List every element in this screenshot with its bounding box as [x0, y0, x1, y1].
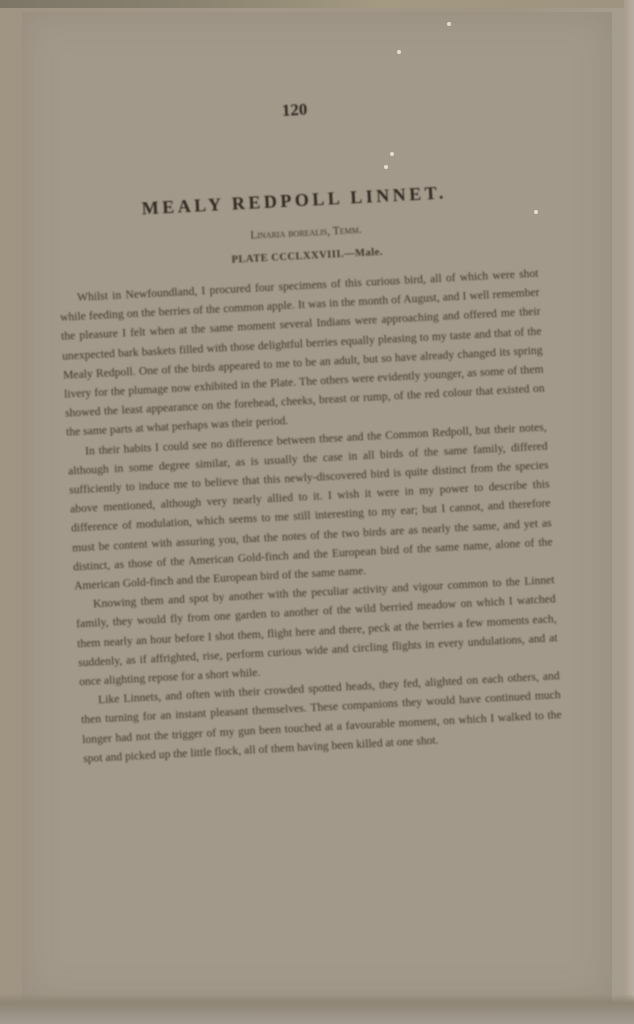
body-paragraph: Whilst in Newfoundland, I procured four … [59, 264, 546, 443]
page-content: 120 MEALY REDPOLL LINNET. Linaria boreal… [49, 88, 563, 768]
body-paragraph: In their habits I could see no differenc… [67, 417, 554, 596]
book-right-edge [624, 0, 634, 1024]
page-title: MEALY REDPOLL LINNET. [54, 178, 534, 224]
book-top-edge [0, 0, 634, 8]
dust-speck [397, 50, 401, 54]
book-bottom-edge [0, 994, 634, 1024]
dust-speck [447, 22, 451, 26]
